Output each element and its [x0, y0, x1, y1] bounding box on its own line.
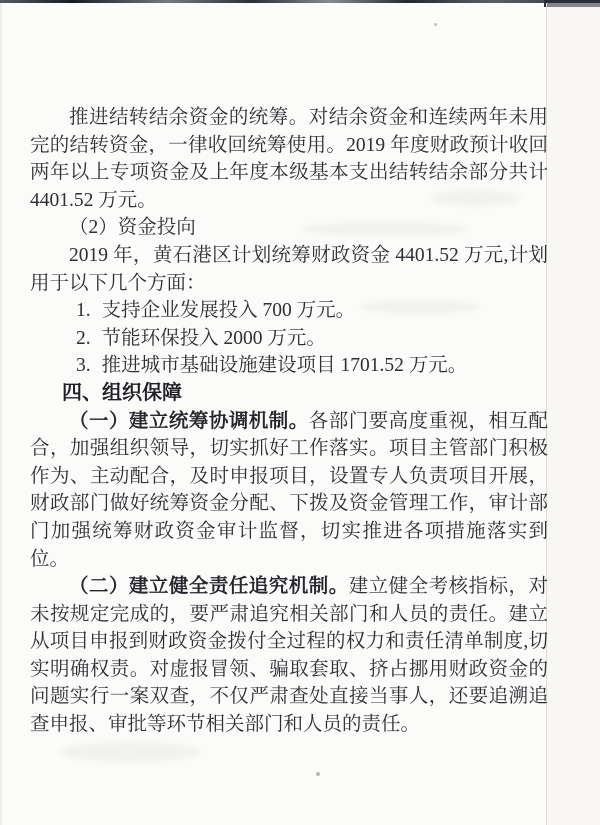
list-item-text: 节能环保投入 2000 万元。 [102, 328, 326, 349]
scan-speck [434, 23, 437, 26]
document-body: 推进结转结余资金的统筹。对结余资金和连续两年未用完的结转资金，一律收回统筹使用。… [30, 104, 548, 739]
subhead-funds-direction: （2）资金投向 [30, 214, 548, 242]
paragraph-lead: （二）建立健全责任追究机制。 [69, 576, 349, 597]
section-heading-organizational-safeguards: 四、组织保障 [30, 380, 548, 408]
scan-edge-artifact-top [0, 0, 600, 3]
paragraph-coordination-mechanism: （一）建立统筹协调机制。各部门要高度重视，相互配合，加强组织领导，切实抓好工作落… [30, 408, 548, 574]
paragraph-text: 建立健全考核指标，对未按规定完成的，要严肃追究相关部门和人员的责任。建立从项目申… [30, 576, 548, 735]
paragraph-funding-plan: 2019 年，黄石港区计划统筹财政资金 4401.52 万元,计划用于以下几个方… [30, 242, 548, 297]
paragraph-text: 各部门要高度重视，相互配合，加强组织领导，切实抓好工作落实。项目主管部门积极作为… [30, 411, 548, 570]
scan-left-edge [0, 0, 2, 825]
list-item-text: 推进城市基础设施建设项目 1701.52 万元。 [102, 355, 468, 376]
subhead-text: （2）资金投向 [69, 217, 196, 238]
list-marker: 2. [76, 325, 91, 353]
list-item-infrastructure: 3.推进城市基础设施建设项目 1701.52 万元。 [30, 352, 548, 380]
scan-right-strip [547, 3, 600, 825]
list-item-energy-environment: 2.节能环保投入 2000 万元。 [30, 325, 548, 353]
paragraph-accountability-mechanism: （二）建立健全责任追究机制。建立健全考核指标，对未按规定完成的，要严肃追究相关部… [30, 573, 548, 739]
scanned-document-page: 推进结转结余资金的统筹。对结余资金和连续两年未用完的结转资金，一律收回统筹使用。… [0, 0, 600, 825]
list-marker: 3. [76, 352, 91, 380]
scan-smudge [60, 742, 200, 762]
paragraph-text: 推进结转结余资金的统筹。对结余资金和连续两年未用完的结转资金，一律收回统筹使用。… [30, 107, 548, 211]
list-item-text: 支持企业发展投入 700 万元。 [102, 300, 356, 321]
paragraph-lead: （一）建立统筹协调机制。 [69, 411, 309, 432]
scan-speck [316, 772, 320, 776]
list-item-enterprise-support: 1.支持企业发展投入 700 万元。 [30, 297, 548, 325]
paragraph-carryover-funds: 推进结转结余资金的统筹。对结余资金和连续两年未用完的结转资金，一律收回统筹使用。… [30, 104, 548, 214]
heading-text: 四、组织保障 [62, 382, 182, 404]
paragraph-text: 2019 年，黄石港区计划统筹财政资金 4401.52 万元,计划用于以下几个方… [30, 245, 548, 294]
list-marker: 1. [76, 297, 91, 325]
